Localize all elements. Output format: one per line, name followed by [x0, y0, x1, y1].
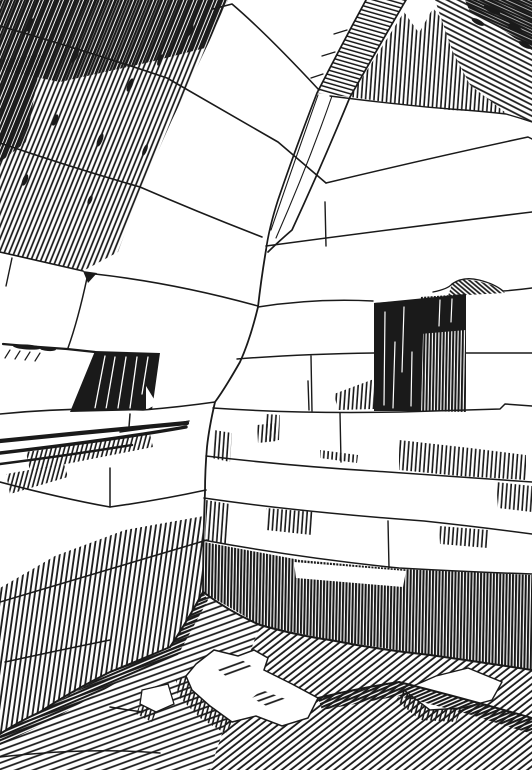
right-wall-vjoint-1 [325, 202, 326, 246]
right-wall-vjoint-4 [388, 521, 389, 568]
niche-right [374, 294, 466, 412]
artwork-frame [0, 0, 532, 770]
ink-drawing-canvas [0, 0, 532, 770]
